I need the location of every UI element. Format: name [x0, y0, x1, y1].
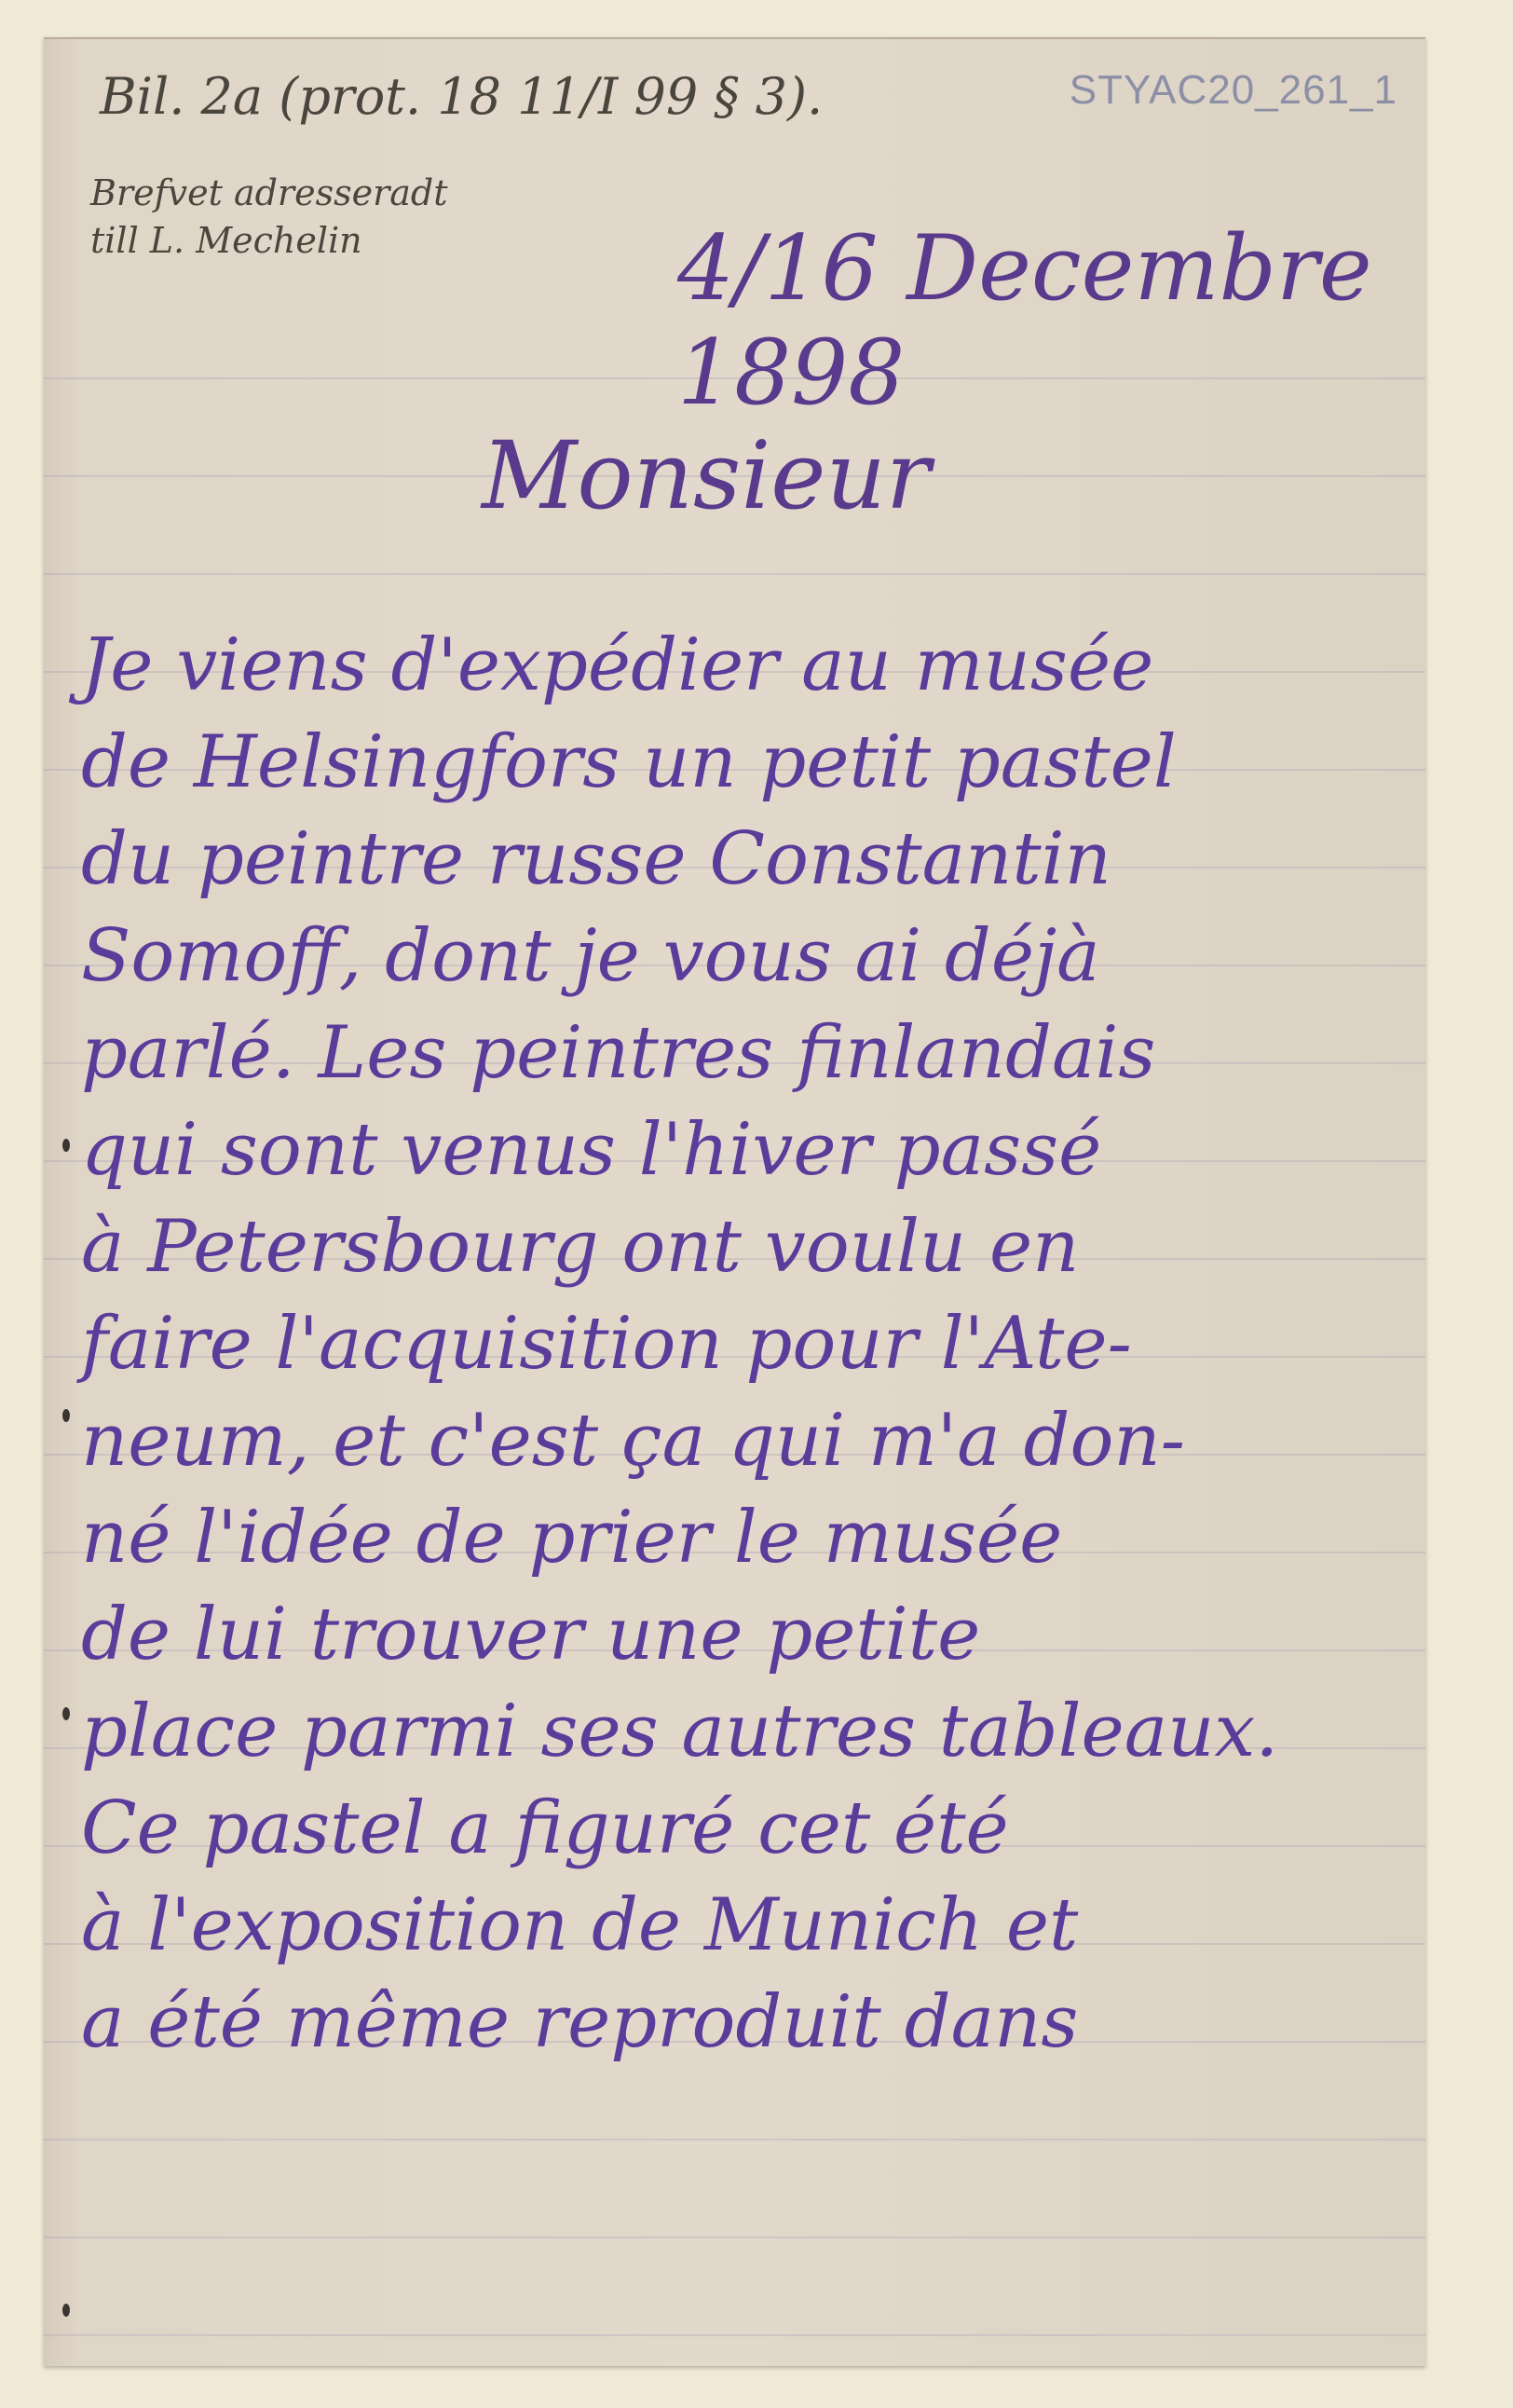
letter-body: Je viens d'expédier au musée de Helsingf… — [81, 617, 1423, 2071]
letter-date: 4/16 Decembre 1898 — [677, 216, 1425, 425]
addressed-note-line: till L. Mechelin — [90, 217, 448, 265]
body-line: Ce pastel a figuré cet été — [81, 1780, 1423, 1877]
body-line: place parmi ses autres tableaux. — [81, 1683, 1423, 1780]
archive-id: STYAC20_261_1 — [1070, 67, 1397, 114]
salutation: Monsieur — [482, 421, 931, 530]
body-line: Je viens d'expédier au musée — [81, 617, 1423, 714]
body-line: à Petersbourg ont voulu en — [81, 1198, 1423, 1295]
reference-note: Bil. 2a (prot. 18 11/I 99 § 3). — [100, 67, 823, 126]
addressed-note-line: Brefvet adresseradt — [90, 170, 448, 217]
punch-hole — [62, 1707, 70, 1720]
body-line: qui sont venus l'hiver passé — [81, 1101, 1423, 1198]
punch-hole — [62, 2304, 70, 2317]
body-line: de Helsingfors un petit pastel — [81, 714, 1423, 811]
body-line: faire l'acquisition pour l'Ate- — [81, 1295, 1423, 1392]
body-line: parlé. Les peintres finlandais — [81, 1005, 1423, 1101]
body-line: Somoff, dont je vous ai déjà — [81, 908, 1423, 1005]
letter-page: Bil. 2a (prot. 18 11/I 99 § 3). STYAC20_… — [44, 37, 1425, 2366]
body-line: du peintre russe Constantin — [81, 811, 1423, 908]
addressed-note: Brefvet adresseradt till L. Mechelin — [90, 170, 448, 266]
punch-hole — [62, 1409, 70, 1422]
body-line: à l'exposition de Munich et — [81, 1877, 1423, 1974]
body-line: de lui trouver une petite — [81, 1586, 1423, 1683]
body-line: né l'idée de prier le musée — [81, 1489, 1423, 1586]
body-line: neum, et c'est ça qui m'a don- — [81, 1392, 1423, 1489]
punch-hole — [62, 1139, 70, 1152]
body-line: a été même reproduit dans — [81, 1974, 1423, 2071]
